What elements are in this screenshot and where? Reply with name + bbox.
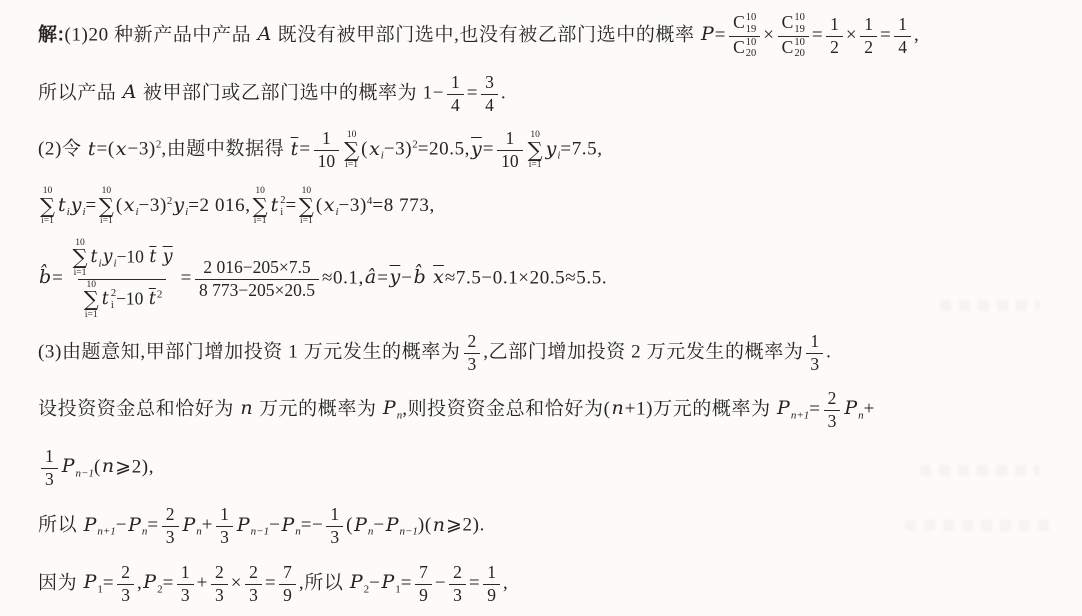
- text-run: 2: [864, 37, 873, 57]
- math-var: t: [87, 138, 97, 160]
- text-run: =20.5,: [418, 139, 470, 160]
- text-run: 9: [283, 585, 292, 605]
- math-line-content: 13Pn−1(n⩾2),: [38, 446, 154, 491]
- text-run: 3: [810, 354, 819, 374]
- text-run: 1: [864, 14, 873, 34]
- math-line-content: 所以产品 A 被甲部门或乙部门选中的概率为 1−14=34.: [38, 72, 506, 117]
- text-run: 3: [485, 72, 494, 92]
- sigma-icon: ∑: [73, 248, 88, 268]
- fraction-numerator: 2: [162, 504, 179, 526]
- math-var: P: [353, 514, 368, 536]
- stack-sup: 10: [746, 37, 757, 49]
- math-var: P: [280, 514, 295, 536]
- fraction-denominator: 4: [481, 94, 498, 117]
- sigma-icon: ∑: [99, 197, 114, 217]
- text-run: ×: [846, 24, 857, 45]
- fraction-numerator: 1: [447, 72, 464, 94]
- text-run: 3: [828, 411, 837, 431]
- text-run: =: [483, 139, 494, 160]
- stack-sup: 10: [794, 12, 805, 24]
- fraction: 13: [41, 446, 58, 491]
- text-run: 万元的概率为: [254, 398, 382, 419]
- text-run: =: [401, 572, 412, 593]
- subscript: n−1: [251, 526, 269, 538]
- sum-lower-limit: i=1: [254, 216, 267, 226]
- math-var: t: [57, 194, 67, 216]
- fraction-numerator: 1: [318, 128, 335, 150]
- sigma-icon: ∑: [528, 141, 543, 161]
- math-var: n: [611, 397, 625, 419]
- text-run: .: [826, 341, 831, 362]
- stack-sub: i: [111, 300, 114, 312]
- sigma-icon: ∑: [84, 290, 99, 310]
- math-var: t: [101, 289, 110, 309]
- math-line: b̂=10∑i=1tiyi−10 t y10∑i=1t2i−10 t2=2 01…: [38, 234, 1062, 324]
- text-run: 2: [215, 562, 224, 582]
- summation: 10∑i=1: [40, 186, 55, 227]
- solution-document: 解:(1)20 种新产品中产品 A 既没有被甲部门选中,也没有被乙部门选中的概率…: [0, 0, 1082, 616]
- text-run: (: [94, 456, 101, 477]
- subscript: n−1: [399, 526, 417, 538]
- fraction-numerator: 2: [449, 562, 466, 584]
- math-var: P: [382, 397, 397, 419]
- sum-lower-limit: i=1: [529, 160, 542, 170]
- text-run: ,乙部门增加投资 2 万元发生的概率为: [483, 341, 803, 362]
- text-run: 4: [451, 95, 460, 115]
- math-line-content: 所以 Pn+1−Pn=23Pn+13Pn−1−Pn=−13(Pn−Pn−1)(n…: [38, 504, 485, 549]
- fraction: C1019C1020: [778, 12, 809, 60]
- math-var: P: [83, 514, 98, 536]
- text-run: 10: [501, 151, 519, 171]
- math-var: P: [385, 514, 400, 536]
- text-run: C: [782, 12, 794, 32]
- sup-sub-stack: 1019: [746, 12, 757, 35]
- math-line-content: 设投资资金总和恰好为 n 万元的概率为 Pn,则投资资金总和恰好为(n+1)万元…: [38, 388, 875, 433]
- text-run: 3: [468, 354, 477, 374]
- sum-lower-limit: i=1: [85, 310, 98, 320]
- text-run: +: [202, 515, 213, 536]
- text-run: =: [377, 267, 388, 288]
- text-run: ,所以: [299, 572, 349, 593]
- math-var: â: [364, 266, 377, 288]
- text-run: ,: [914, 24, 919, 45]
- overline-var: t: [148, 289, 157, 309]
- text-run: ≈7.5−0.1×20.5≈5.5.: [445, 267, 607, 288]
- fraction-denominator: 3: [326, 526, 343, 549]
- text-run: =: [163, 572, 174, 593]
- fraction: 79: [415, 562, 432, 607]
- text-run: 2: [830, 37, 839, 57]
- text-run: 2: [121, 562, 130, 582]
- fraction-denominator: 9: [415, 584, 432, 607]
- math-line-content: 解:(1)20 种新产品中产品 A 既没有被甲部门选中,也没有被乙部门选中的概率…: [38, 12, 919, 60]
- text-run: 1: [451, 72, 460, 92]
- math-line-content: 10∑i=1tiyi=10∑i=1(xi−3)2yi=2 016,10∑i=1t…: [38, 186, 435, 227]
- sum-lower-limit: i=1: [100, 216, 113, 226]
- text-run: =: [299, 139, 310, 160]
- text-run: 1: [220, 504, 229, 524]
- summation: 10∑i=1: [528, 130, 543, 171]
- math-line: 所以产品 A 被甲部门或乙部门选中的概率为 1−14=34.: [38, 66, 1062, 122]
- fraction: 13: [177, 562, 194, 607]
- subscript: n−1: [76, 467, 94, 479]
- math-var: A: [122, 81, 138, 103]
- text-run: −: [401, 267, 412, 288]
- scan-bleed-artifact: [920, 465, 1040, 476]
- text-run: 1: [830, 14, 839, 34]
- fraction-numerator: 7: [279, 562, 296, 584]
- math-line: 13Pn−1(n⩾2),: [38, 438, 1062, 498]
- text-run: −10: [116, 288, 148, 308]
- text-run: =(: [97, 139, 115, 160]
- text-run: ×: [763, 24, 774, 45]
- fraction-denominator: 3: [162, 526, 179, 549]
- text-run: (2)令: [38, 139, 87, 160]
- fraction-numerator: 1: [894, 14, 911, 36]
- text-run: 2: [166, 504, 175, 524]
- text-run: 9: [487, 585, 496, 605]
- math-line: 10∑i=1tiyi=10∑i=1(xi−3)2yi=2 016,10∑i=1t…: [38, 179, 1062, 234]
- fraction: 110: [314, 128, 340, 173]
- fraction-numerator: 1: [41, 446, 58, 468]
- text-run: 所以产品: [38, 82, 122, 103]
- fraction-numerator: 1: [826, 14, 843, 36]
- overline-var: y: [470, 138, 483, 160]
- text-run: 10: [318, 151, 336, 171]
- fraction-numerator: C1019: [729, 12, 760, 36]
- text-run: 所以: [38, 515, 83, 536]
- subscript: n+1: [791, 409, 809, 421]
- text-run: =: [812, 24, 823, 45]
- text-run: 设投资资金总和恰好为: [38, 398, 239, 419]
- subscript: n+1: [97, 526, 115, 538]
- text-run: 2: [249, 562, 258, 582]
- fraction-denominator: C1020: [729, 36, 760, 61]
- math-var: P: [142, 571, 157, 593]
- text-run: −: [116, 515, 127, 536]
- text-run: 1: [181, 562, 190, 582]
- text-run: =: [715, 24, 726, 45]
- math-var: y: [102, 247, 114, 267]
- sup-sub-stack: 1020: [746, 37, 757, 60]
- stack-sub: i: [280, 207, 283, 219]
- summation: 10∑i=1: [253, 186, 268, 227]
- math-line-content: (2)令 t=(x−3)2,由题中数据得 t=11010∑i=1(xi−3)2=…: [38, 128, 603, 173]
- text-run: ≈0.1,: [322, 267, 364, 288]
- text-run: −3): [384, 139, 412, 160]
- fraction-denominator: 3: [245, 584, 262, 607]
- math-var: P: [127, 514, 142, 536]
- fraction-denominator: 10∑i=1t2i−10 t2: [78, 279, 167, 321]
- fraction-denominator: 10: [314, 150, 340, 173]
- stack-sub: 20: [794, 48, 805, 60]
- fraction-numerator: 10∑i=1tiyi−10 t y: [67, 238, 178, 279]
- fraction-denominator: 9: [483, 584, 500, 607]
- text-run: −3): [339, 195, 367, 216]
- sum-lower-limit: i=1: [300, 216, 313, 226]
- text-run: =: [147, 515, 158, 536]
- text-run: 2: [453, 562, 462, 582]
- overline-var: t: [290, 138, 300, 160]
- fraction-denominator: 3: [177, 584, 194, 607]
- text-run: =: [880, 24, 891, 45]
- text-run: 3: [45, 469, 54, 489]
- sigma-icon: ∑: [344, 141, 359, 161]
- fraction-numerator: 1: [326, 504, 343, 526]
- text-run: ×: [231, 572, 242, 593]
- fraction: 12: [860, 14, 877, 59]
- stack-sub: 20: [746, 48, 757, 60]
- text-run: )(: [418, 515, 432, 536]
- fraction-denominator: 3: [449, 584, 466, 607]
- fraction-denominator: C1020: [778, 36, 809, 61]
- fraction-denominator: 2: [826, 36, 843, 59]
- text-run: 4: [898, 37, 907, 57]
- text-run: =7.5,: [560, 139, 602, 160]
- fraction-denominator: 3: [41, 468, 58, 491]
- text-run: =8 773,: [372, 195, 434, 216]
- fraction-numerator: 2: [245, 562, 262, 584]
- text-run: C: [733, 12, 745, 32]
- text-run: C: [733, 37, 745, 57]
- summation: 10∑i=1: [344, 130, 359, 171]
- math-var: P: [61, 455, 76, 477]
- text-run: −: [269, 515, 280, 536]
- text-run: 3: [330, 527, 339, 547]
- fraction: 23: [245, 562, 262, 607]
- fraction-denominator: 4: [894, 36, 911, 59]
- math-var: P: [83, 571, 98, 593]
- scan-bleed-artifact: [940, 300, 1040, 311]
- fraction-numerator: 1: [483, 562, 500, 584]
- text-run: 1: [810, 331, 819, 351]
- fraction: 110: [497, 128, 523, 173]
- text-run: =: [467, 82, 478, 103]
- text-run: −: [373, 515, 384, 536]
- stack-sup: 10: [794, 37, 805, 49]
- fraction-numerator: 3: [481, 72, 498, 94]
- text-run: 2: [828, 388, 837, 408]
- fraction-numerator: 2: [824, 388, 841, 410]
- text-run: 1: [45, 446, 54, 466]
- text-run: 2 016−205×7.5: [203, 257, 310, 277]
- text-run: =: [286, 195, 297, 216]
- fraction-numerator: 2: [464, 331, 481, 353]
- text-run: =2 016,: [188, 195, 250, 216]
- math-var: n: [432, 514, 446, 536]
- superscript: 2: [157, 288, 163, 300]
- text-run: 7: [283, 562, 292, 582]
- text-run: 1: [330, 504, 339, 524]
- solve-label: 解:: [38, 24, 65, 45]
- fraction: 34: [481, 72, 498, 117]
- math-var: P: [776, 397, 791, 419]
- sum-lower-limit: i=1: [74, 268, 87, 278]
- math-line-content: 因为 P1=23,P2=13+23×23=79,所以 P2−P1=79−23=1…: [38, 562, 508, 607]
- math-var: P: [182, 514, 197, 536]
- text-run: −10: [117, 246, 149, 266]
- fraction-numerator: 1: [177, 562, 194, 584]
- text-run: −3): [139, 195, 167, 216]
- fraction: 23: [211, 562, 228, 607]
- text-run: 8 773−205×20.5: [199, 280, 315, 300]
- overline-var: y: [389, 266, 402, 288]
- math-var: y: [172, 194, 185, 216]
- fraction: 79: [279, 562, 296, 607]
- text-run: +1)万元的概率为: [625, 398, 776, 419]
- text-run: 1: [487, 562, 496, 582]
- text-run: 7: [419, 562, 428, 582]
- sum-lower-limit: i=1: [345, 160, 358, 170]
- math-var: P: [380, 571, 395, 593]
- text-run: =: [265, 572, 276, 593]
- fraction-numerator: 7: [415, 562, 432, 584]
- fraction-denominator: 3: [211, 584, 228, 607]
- stack-sub: 19: [746, 24, 757, 36]
- fraction-numerator: 2 016−205×7.5: [199, 257, 314, 279]
- text-run: (: [116, 195, 123, 216]
- math-var: A: [257, 23, 273, 45]
- math-line: (2)令 t=(x−3)2,由题中数据得 t=11010∑i=1(xi−3)2=…: [38, 122, 1062, 179]
- text-run: 3: [121, 585, 130, 605]
- fraction-denominator: 2: [860, 36, 877, 59]
- text-run: 1: [505, 128, 514, 148]
- fraction-denominator: 9: [279, 584, 296, 607]
- text-run: 既没有被甲部门选中,也没有被乙部门选中的概率: [272, 24, 700, 45]
- text-run: −: [369, 572, 380, 593]
- summation: 10∑i=1: [99, 186, 114, 227]
- text-run: .: [501, 82, 506, 103]
- text-run: =: [52, 267, 63, 288]
- fraction: C1019C1020: [729, 12, 760, 60]
- fraction-numerator: 1: [216, 504, 233, 526]
- text-run: =: [469, 572, 480, 593]
- math-var: P: [843, 397, 858, 419]
- math-var: x: [368, 138, 381, 160]
- text-run: C: [782, 37, 794, 57]
- text-run: 被甲部门或乙部门选中的概率为 1−: [138, 82, 445, 103]
- sup-sub-stack: 1020: [794, 37, 805, 60]
- math-var: t: [90, 247, 99, 267]
- sigma-icon: ∑: [253, 197, 268, 217]
- fraction: 23: [117, 562, 134, 607]
- fraction: 13: [216, 504, 233, 549]
- fraction-numerator: 2: [211, 562, 228, 584]
- sigma-icon: ∑: [40, 197, 55, 217]
- fraction: 13: [326, 504, 343, 549]
- text-run: ⩾2),: [115, 456, 154, 477]
- fraction: 23: [449, 562, 466, 607]
- text-run: (3)由题意知,甲部门增加投资 1 万元发生的概率为: [38, 341, 461, 362]
- overline-var: t: [148, 247, 157, 267]
- text-run: −3): [128, 139, 156, 160]
- math-line: 解:(1)20 种新产品中产品 A 既没有被甲部门选中,也没有被乙部门选中的概率…: [38, 6, 1062, 66]
- math-var: y: [545, 138, 558, 160]
- text-run: 3: [215, 585, 224, 605]
- math-var: x: [323, 194, 336, 216]
- text-run: 3: [181, 585, 190, 605]
- fraction-denominator: 3: [117, 584, 134, 607]
- text-run: +: [197, 572, 208, 593]
- math-var: y: [70, 194, 83, 216]
- summation: 10∑i=1: [73, 238, 88, 279]
- sup-sub-stack: 1019: [794, 12, 805, 35]
- fraction-numerator: 1: [860, 14, 877, 36]
- text-run: 3: [220, 527, 229, 547]
- summation: 10∑i=1: [299, 186, 314, 227]
- math-var: P: [700, 23, 715, 45]
- text-run: =−: [301, 515, 324, 536]
- text-run: 3: [453, 585, 462, 605]
- text-run: ,: [503, 572, 508, 593]
- text-run: 2: [468, 331, 477, 351]
- stack-sub: 19: [794, 24, 805, 36]
- fraction: 23: [464, 331, 481, 376]
- math-var: P: [236, 514, 251, 536]
- fraction-denominator: 3: [216, 526, 233, 549]
- math-var: x: [115, 138, 128, 160]
- fraction-denominator: 4: [447, 94, 464, 117]
- stack-sup: 10: [746, 12, 757, 24]
- sum-lower-limit: i=1: [41, 216, 54, 226]
- fraction: 14: [894, 14, 911, 59]
- fraction: 2 016−205×7.58 773−205×20.5: [195, 257, 319, 302]
- fraction-denominator: 10: [497, 150, 523, 173]
- text-run: 4: [485, 95, 494, 115]
- math-var: b̂: [413, 266, 427, 288]
- overline-var: x: [432, 266, 445, 288]
- text-run: =: [103, 572, 114, 593]
- text-run: =: [809, 398, 820, 419]
- math-line-content: (3)由题意知,甲部门增加投资 1 万元发生的概率为23,乙部门增加投资 2 万…: [38, 331, 832, 376]
- math-line: 因为 P1=23,P2=13+23×23=79,所以 P2−P1=79−23=1…: [38, 555, 1062, 613]
- scan-bleed-artifact: [905, 520, 1055, 531]
- text-run: ,由题中数据得: [161, 139, 289, 160]
- text-run: 因为: [38, 572, 83, 593]
- text-run: ⩾2).: [446, 515, 485, 536]
- fraction-denominator: 3: [806, 353, 823, 376]
- text-run: 3: [166, 527, 175, 547]
- math-var: x: [123, 194, 136, 216]
- text-run: 3: [249, 585, 258, 605]
- text-run: (: [316, 195, 323, 216]
- fraction: 19: [483, 562, 500, 607]
- fraction-numerator: C1019: [778, 12, 809, 36]
- text-run: 1: [322, 128, 331, 148]
- fraction-denominator: 8 773−205×20.5: [195, 279, 319, 302]
- text-run: =: [86, 195, 97, 216]
- fraction: 14: [447, 72, 464, 117]
- fraction: 12: [826, 14, 843, 59]
- fraction: 23: [824, 388, 841, 433]
- math-var: P: [349, 571, 364, 593]
- fraction: 13: [806, 331, 823, 376]
- math-line: (3)由题意知,甲部门增加投资 1 万元发生的概率为23,乙部门增加投资 2 万…: [38, 324, 1062, 382]
- math-line: 设投资资金总和恰好为 n 万元的概率为 Pn,则投资资金总和恰好为(n+1)万元…: [38, 382, 1062, 438]
- text-run: =: [181, 267, 192, 288]
- fraction-denominator: 3: [464, 353, 481, 376]
- fraction: 23: [162, 504, 179, 549]
- fraction-denominator: 3: [824, 410, 841, 433]
- text-run: +: [864, 398, 875, 419]
- math-var: n: [101, 455, 115, 477]
- text-run: 9: [419, 585, 428, 605]
- math-var: t: [270, 194, 280, 216]
- math-var: b̂: [38, 266, 52, 288]
- math-line-content: b̂=10∑i=1tiyi−10 t y10∑i=1t2i−10 t2=2 01…: [38, 238, 607, 321]
- fraction-numerator: 1: [806, 331, 823, 353]
- text-run: ,则投资资金总和恰好为(: [402, 398, 610, 419]
